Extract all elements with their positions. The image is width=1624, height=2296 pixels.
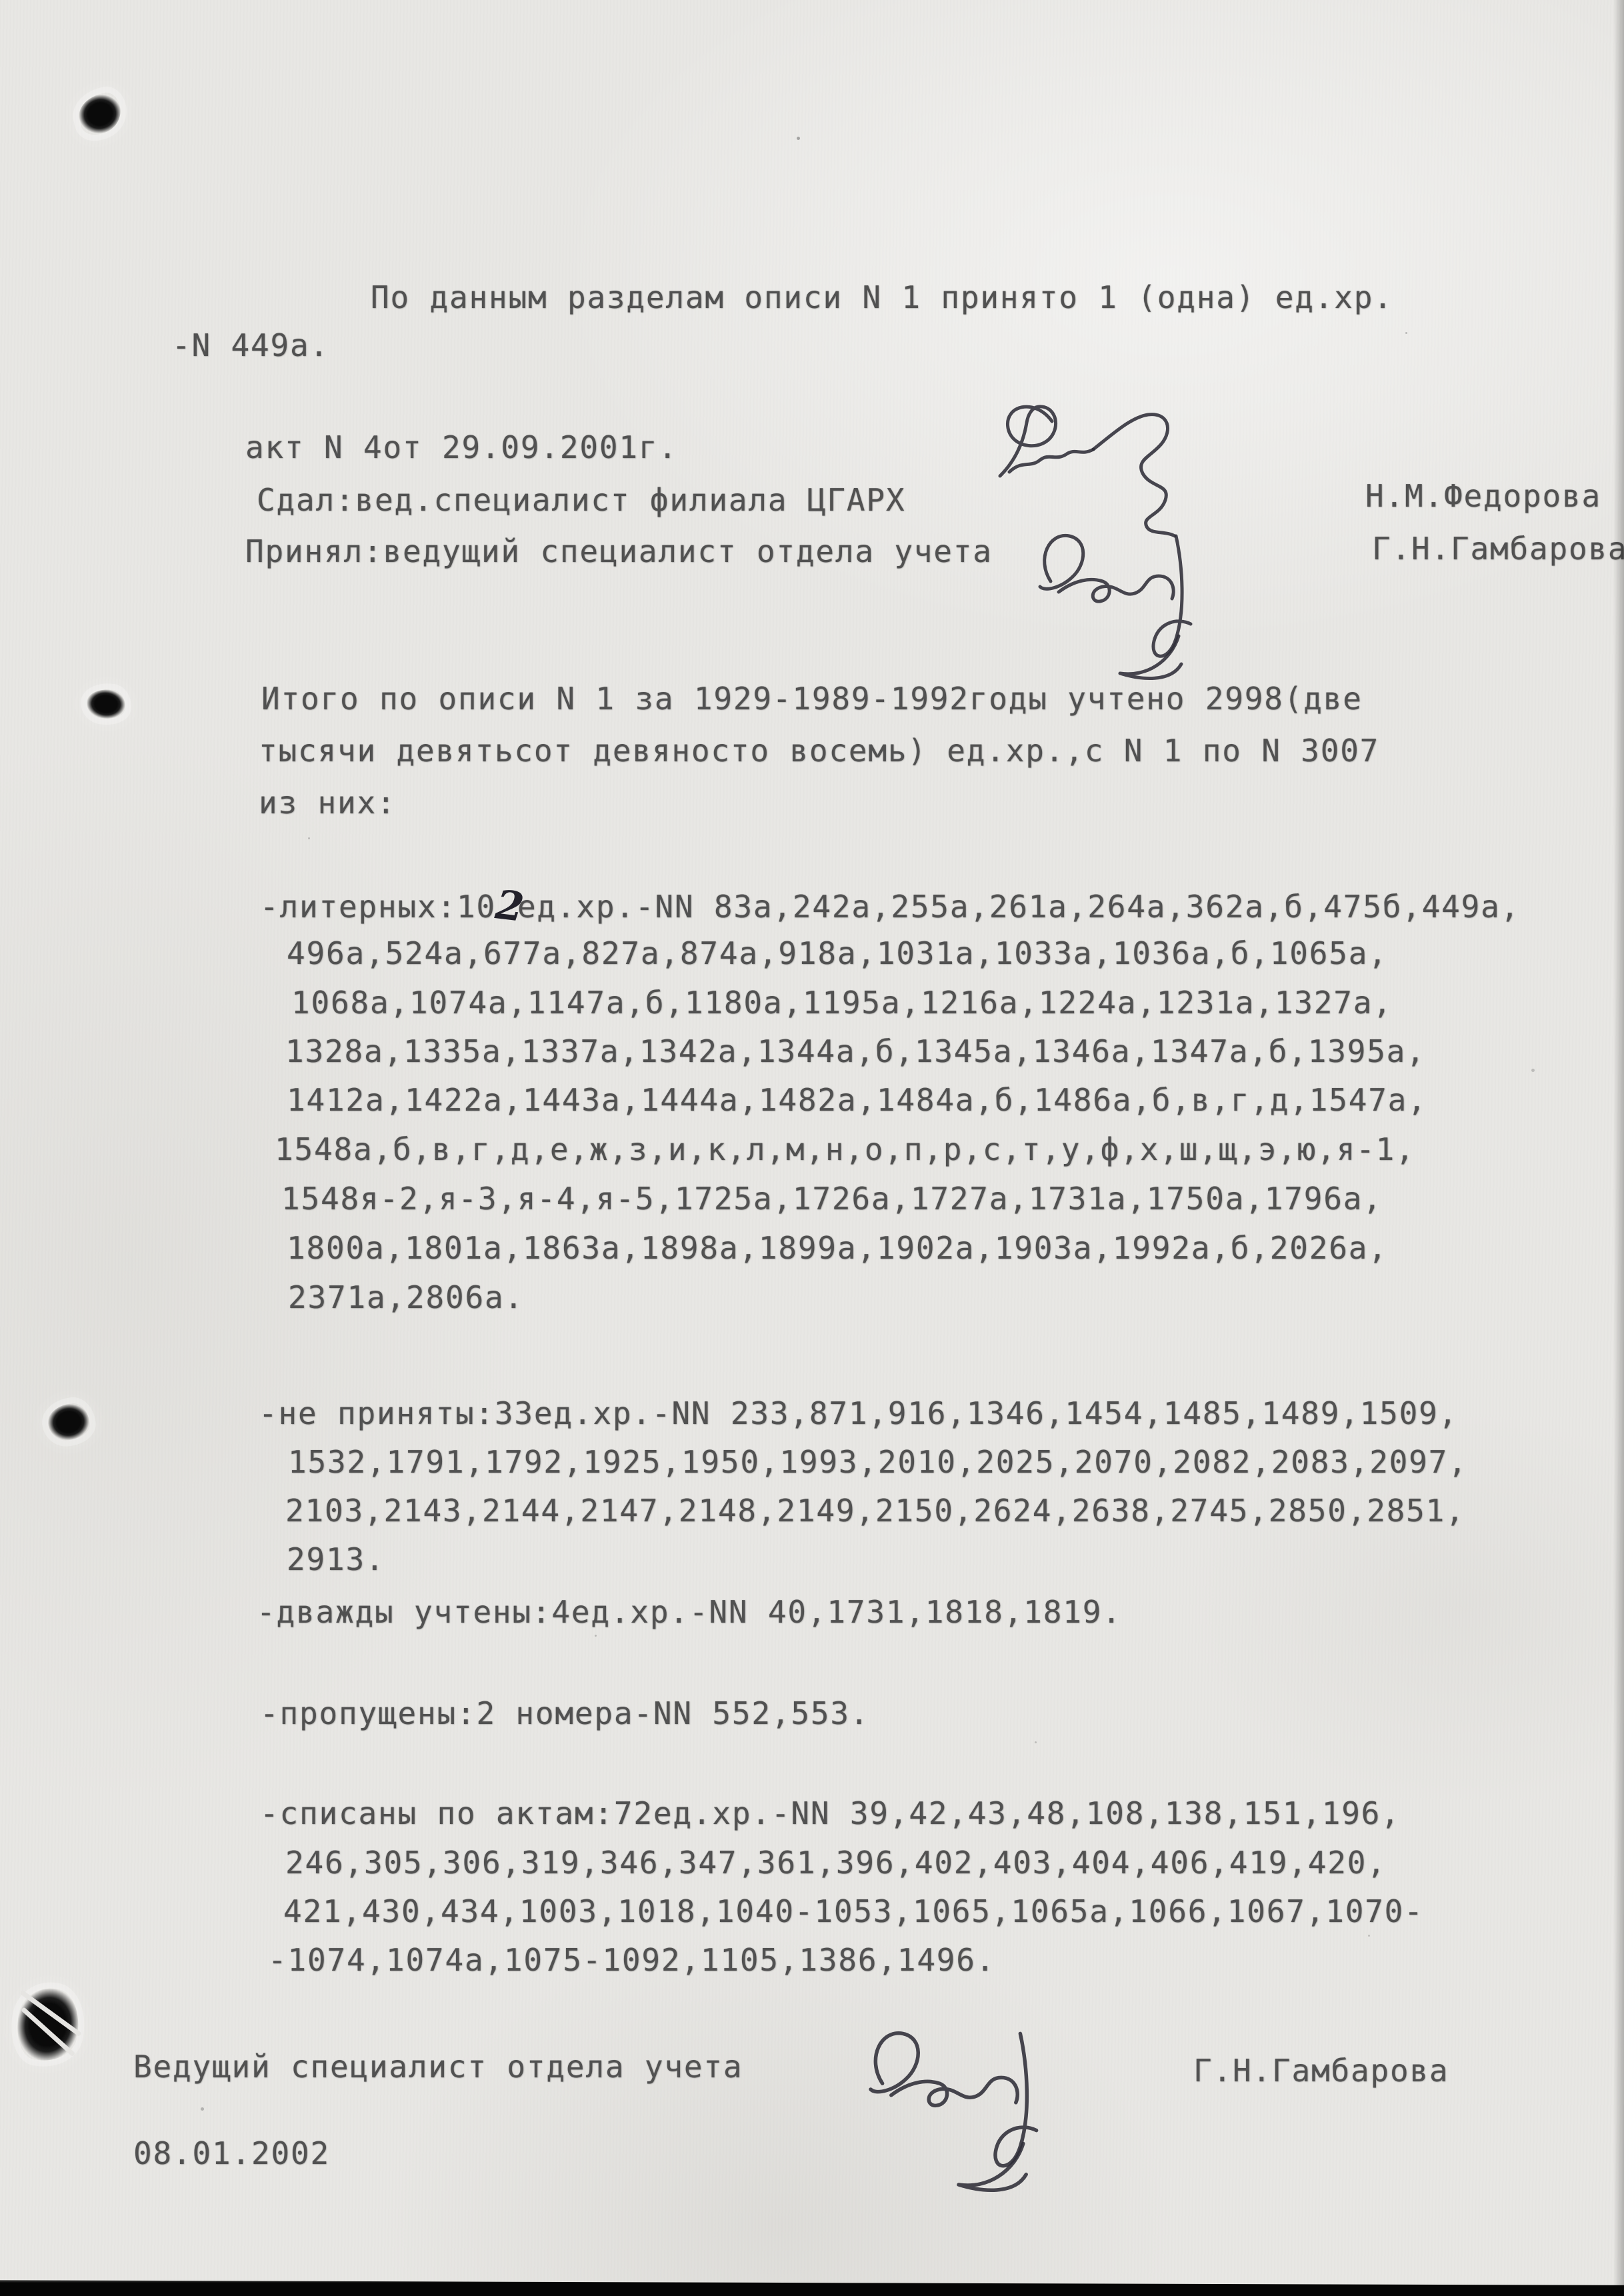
- typed-line-skipped: -пропущены:2 номера-NN 552,553.: [260, 1695, 869, 1732]
- typed-line-not-accepted: 2103,2143,2144,2147,2148,2149,2150,2624,…: [285, 1492, 1465, 1529]
- typed-line-litera: 1548а,б,в,г,д,е,ж,з,и,к,л,м,н,о,п,р,с,т,…: [275, 1131, 1415, 1168]
- typed-line-written-off: -1074,1074а,1075-1092,1105,1386,1496.: [268, 1941, 995, 1979]
- typed-line-litera: 1412а,1422а,1443а,1444а,1482а,1484а,б,14…: [287, 1081, 1427, 1119]
- typed-line-litera: 1800а,1801а,1863а,1898а,1899а,1902а,1903…: [287, 1229, 1388, 1267]
- litera-prefix: -литерных:10: [260, 889, 496, 925]
- typed-line-footer-date: 08.01.2002: [133, 2135, 330, 2172]
- typed-name-fedorova: Н.М.Федорова: [1365, 477, 1601, 515]
- litera-first-line-rest: ед.хр.-NN 83а,242а,255а,261а,264а,362а,б…: [517, 889, 1520, 925]
- typed-line-litera: 1068а,1074а,1147а,б,1180а,1195а,1216а,12…: [291, 984, 1393, 1021]
- scan-edge-bottom: [0, 2272, 1624, 2296]
- typed-line-double-counted: -дважды учтены:4ед.хр.-NN 40,1731,1818,1…: [257, 1593, 1122, 1631]
- typed-line-written-off-first: -списаны по актам:72ед.хр.-NN 39,42,43,4…: [260, 1795, 1401, 1832]
- typed-line-not-accepted-first: -не приняты:33ед.хр.-NN 233,871,916,1346…: [259, 1395, 1458, 1432]
- scanned-page: По данным разделам описи N 1 принято 1 (…: [0, 0, 1624, 2296]
- typed-name-gambarova: Г.Н.Гамбарова: [1372, 530, 1624, 567]
- typed-line-not-accepted: 2913.: [287, 1541, 385, 1578]
- typed-line-intro-1: По данным разделам описи N 1 принято 1 (…: [371, 279, 1393, 316]
- hole-punch-mark: [46, 1401, 92, 1443]
- typed-line-total-2: тысячи девятьсот девяносто восемь) ед.хр…: [259, 732, 1379, 769]
- hole-punch-mark: [85, 688, 127, 721]
- typed-line-litera: 496а,524а,677а,827а,874а,918а,1031а,1033…: [287, 935, 1388, 972]
- typed-line-litera-first: -литерных:102ед.хр.-NN 83а,242а,255а,261…: [260, 885, 1520, 925]
- handwritten-digit-2: 2: [493, 886, 519, 925]
- typed-line-written-off: 246,305,306,319,346,347,361,396,402,403,…: [285, 1844, 1387, 1881]
- typed-line-litera: 2371а,2806а.: [288, 1279, 524, 1316]
- typed-name-gambarova-footer: Г.Н.Гамбарова: [1193, 2052, 1449, 2089]
- signature-gambarova-footer-ink: [833, 1987, 1113, 2207]
- hole-punch-mark: [75, 90, 126, 139]
- typed-line-intro-2: -N 449а.: [172, 327, 329, 364]
- typed-line-sdal: Сдал:вед.специалист филиала ЦГАРХ: [257, 481, 905, 519]
- signature-gambarova-ink: [1007, 493, 1260, 693]
- typed-line-written-off: 421,430,434,1003,1018,1040-1053,1065,106…: [283, 1893, 1424, 1930]
- typed-line-prinyal: Принял:ведущий специалист отдела учета: [245, 533, 993, 570]
- typed-line-footer-role: Ведущий специалист отдела учета: [133, 2048, 743, 2085]
- typed-line-litera: 1328а,1335а,1337а,1342а,1344а,б,1345а,13…: [285, 1033, 1426, 1070]
- dust-specks: [0, 0, 2, 2]
- typed-line-litera: 1548я-2,я-3,я-4,я-5,1725а,1726а,1727а,17…: [281, 1180, 1383, 1217]
- typed-line-not-accepted: 1532,1791,1792,1925,1950,1993,2010,2025,…: [288, 1443, 1468, 1481]
- typed-line-total-3: из них:: [259, 784, 396, 821]
- hole-punch-mark: [11, 1983, 85, 2066]
- scan-edge-right: [1613, 0, 1624, 2296]
- typed-line-act: акт N 4от 29.09.2001г.: [245, 429, 678, 466]
- typed-line-total-1: Итого по описи N 1 за 1929-1989-1992годы…: [261, 680, 1363, 717]
